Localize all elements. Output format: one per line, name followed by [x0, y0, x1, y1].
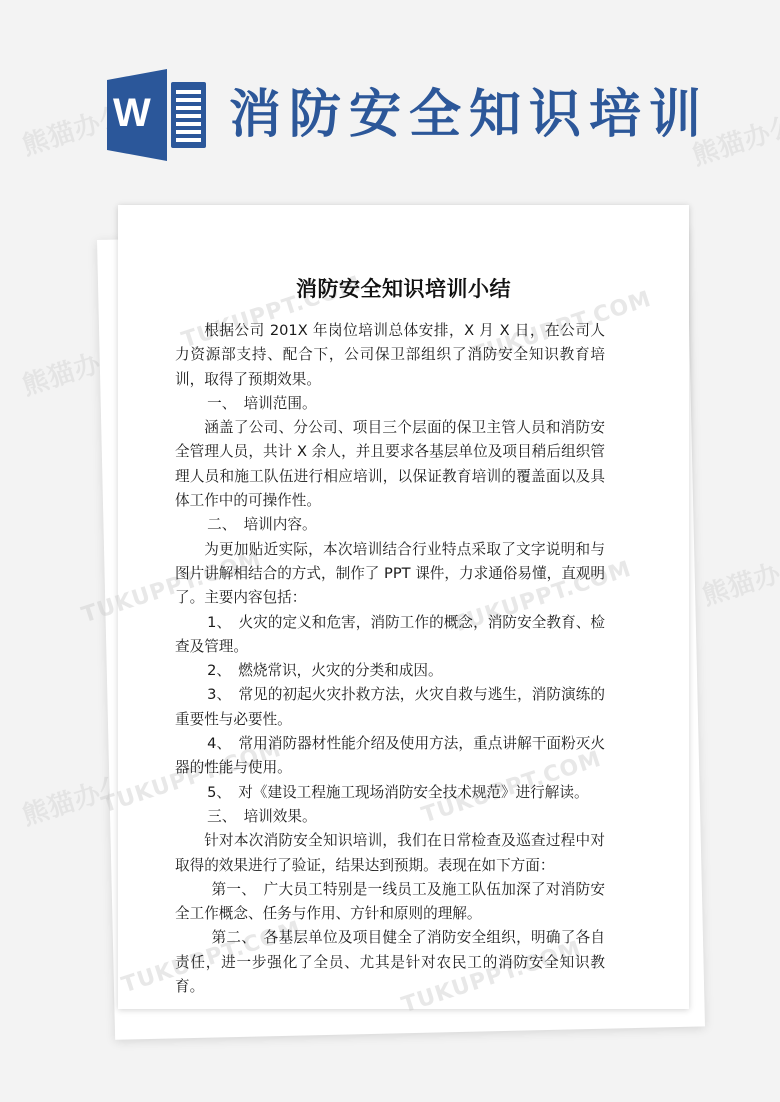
point-first: 第一、 广大员工特别是一线员工及施工队伍加深了对消防安全工作概念、任务与作用、方…: [175, 878, 605, 927]
paragraph-effect: 针对本次消防安全知识培训，我们在日常检查及巡查过程中对取得的效果进行了验证，结果…: [175, 829, 605, 878]
list-item-3: 3、 常见的初起火灾扑救方法，火灾自救与逃生，消防演练的重要性与必要性。: [175, 683, 605, 732]
document-page: TUKUPPT.COM TUKUPPT.COM TUKUPPT.COM TUKU…: [118, 205, 689, 1009]
document-body: 根据公司 201X 年岗位培训总体安排，X 月 X 日，在公司人力资源部支持、配…: [175, 319, 605, 999]
word-app-icon: W: [107, 69, 207, 161]
banner-title: 消防安全知识培训: [229, 85, 709, 145]
paragraph-content: 为更加贴近实际，本次培训结合行业特点采取了文字说明和与图片讲解相结合的方式，制作…: [175, 538, 605, 611]
word-icon-lines: [171, 82, 206, 148]
paragraph-intro: 根据公司 201X 年岗位培训总体安排，X 月 X 日，在公司人力资源部支持、配…: [175, 319, 605, 392]
watermark: 熊猫办公: [697, 544, 780, 613]
section-heading-effect: 三、 培训效果。: [175, 805, 605, 829]
point-second: 第二、 各基层单位及项目健全了消防安全组织，明确了各自责任，进一步强化了全员、尤…: [175, 926, 605, 999]
section-heading-scope: 一、 培训范围。: [175, 392, 605, 416]
document-title: 消防安全知识培训小结: [118, 273, 689, 303]
section-heading-content: 二、 培训内容。: [175, 513, 605, 537]
list-item-4: 4、 常用消防器材性能介绍及使用方法，重点讲解干面粉灭火器的性能与使用。: [175, 732, 605, 781]
header-banner: W 消防安全知识培训: [107, 70, 709, 160]
list-item-2: 2、 燃烧常识，火灾的分类和成因。: [175, 659, 605, 683]
paragraph-scope: 涵盖了公司、分公司、项目三个层面的保卫主管人员和消防安全管理人员，共计 X 余人…: [175, 416, 605, 513]
list-item-1: 1、 火灾的定义和危害，消防工作的概念，消防安全教育、检查及管理。: [175, 611, 605, 660]
word-icon-cover: W: [107, 69, 167, 161]
list-item-5: 5、 对《建设工程施工现场消防安全技术规范》进行解读。: [175, 781, 605, 805]
